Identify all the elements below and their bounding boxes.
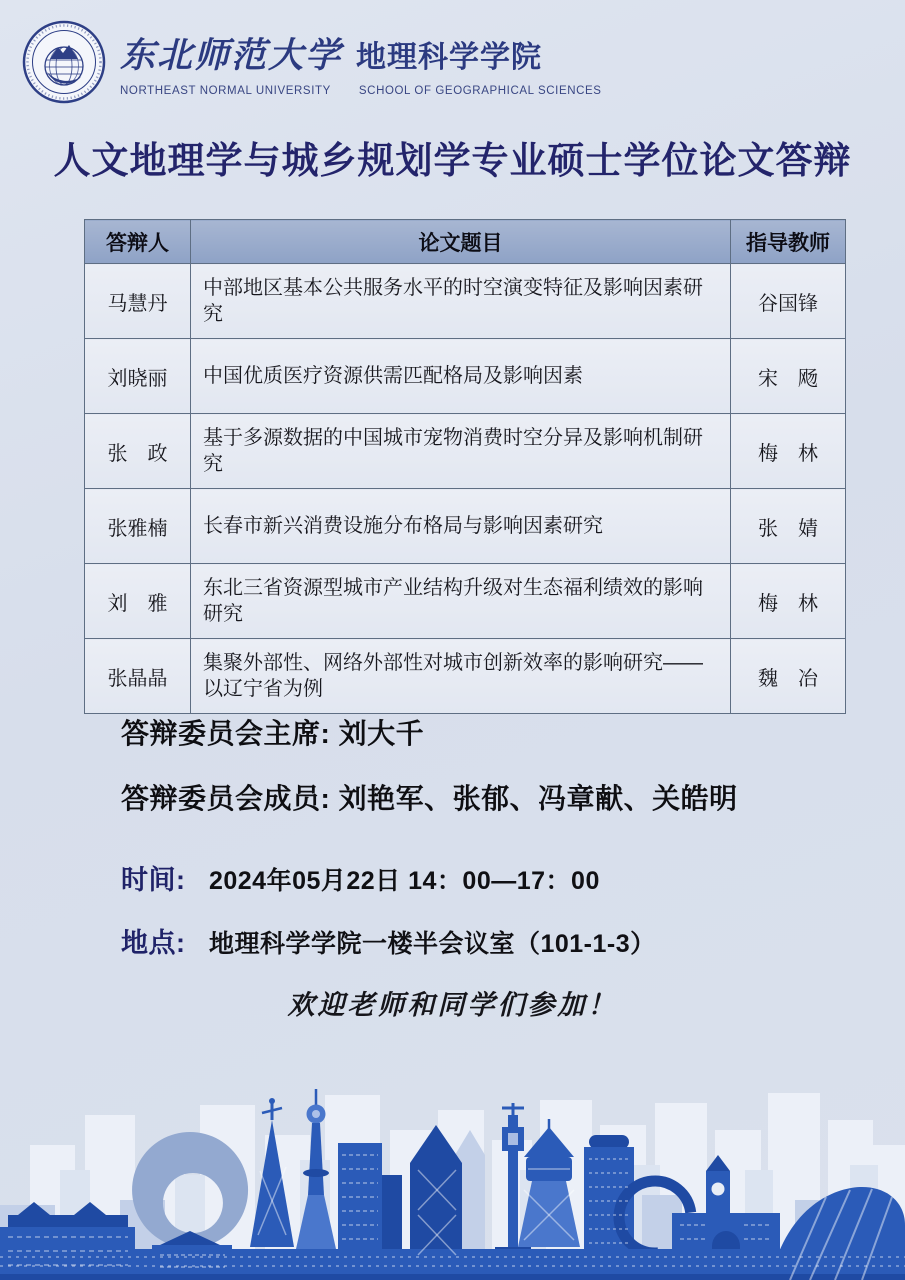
defender-cell: 张雅楠 [85,489,191,564]
defender-cell: 刘晓丽 [85,339,191,414]
defense-announcement-poster: 东北师范大学 地理科学学院 NORTHEAST NORMAL UNIVERSIT… [0,0,905,1280]
committee-members-label: 答辩委员会成员: [121,783,330,814]
column-header: 指导教师 [731,220,846,264]
school-name-cn: 地理科学学院 [356,32,542,76]
thesis-title-cell: 中部地区基本公共服务水平的时空演变特征及影响因素研究 [191,264,731,339]
defender-cell: 马慧丹 [85,264,191,339]
committee-members-line: 答辩委员会成员: 刘艳军、张郁、冯章献、关皓明 [121,777,738,817]
table-row: 马慧丹中部地区基本公共服务水平的时空演变特征及影响因素研究谷国锋 [85,264,846,339]
defender-cell: 张晶晶 [85,639,191,714]
university-name-cn: 东北师范大学 [120,28,342,78]
advisor-cell: 梅 林 [731,564,846,639]
column-header: 论文题目 [191,220,731,264]
time-line: 时间: 2024年05月22日 14：00—17：00 [121,858,656,897]
header-logo-row: 东北师范大学 地理科学学院 NORTHEAST NORMAL UNIVERSIT… [22,20,602,104]
time-value: 2024年05月22日 14：00—17：00 [209,867,600,895]
table-row: 张晶晶集聚外部性、网络外部性对城市创新效率的影响研究——以辽宁省为例魏 冶 [85,639,846,714]
committee-chair-name: 刘大千 [339,718,425,749]
university-seal-icon [22,20,106,104]
table-row: 刘 雅东北三省资源型城市产业结构升级对生态福利绩效的影响研究梅 林 [85,564,846,639]
defense-table: 答辩人论文题目指导教师 马慧丹中部地区基本公共服务水平的时空演变特征及影响因素研… [84,219,846,714]
thesis-title-cell: 集聚外部性、网络外部性对城市创新效率的影响研究——以辽宁省为例 [191,639,731,714]
committee-section: 答辩委员会主席: 刘大千 答辩委员会成员: 刘艳军、张郁、冯章献、关皓明 [121,712,738,842]
committee-members-names: 刘艳军、张郁、冯章献、关皓明 [339,783,738,814]
table-header-row: 答辩人论文题目指导教师 [85,220,846,264]
advisor-cell: 宋 飏 [731,339,846,414]
advisor-cell: 魏 冶 [731,639,846,714]
thesis-title-cell: 基于多源数据的中国城市宠物消费时空分异及影响机制研究 [191,414,731,489]
location-line: 地点: 地理科学学院一楼半会议室（101-1-3） [121,921,656,960]
welcome-message: 欢迎老师和同学们参加！ [0,983,905,1022]
table-row: 张 政基于多源数据的中国城市宠物消费时空分异及影响机制研究梅 林 [85,414,846,489]
defender-cell: 张 政 [85,414,191,489]
city-skyline-illustration [0,1075,905,1280]
time-label: 时间: [121,865,186,895]
advisor-cell: 谷国锋 [731,264,846,339]
table-row: 刘晓丽中国优质医疗资源供需匹配格局及影响因素宋 飏 [85,339,846,414]
committee-chair-label: 答辩委员会主席: [121,718,330,749]
page-title: 人文地理学与城乡规划学专业硕士学位论文答辩 [0,130,905,184]
table-row: 张雅楠长春市新兴消费设施分布格局与影响因素研究张 婧 [85,489,846,564]
location-value: 地理科学学院一楼半会议室（101-1-3） [209,930,656,958]
defender-cell: 刘 雅 [85,564,191,639]
university-name-en: NORTHEAST NORMAL UNIVERSITY [120,85,331,97]
institution-names: 东北师范大学 地理科学学院 NORTHEAST NORMAL UNIVERSIT… [120,28,602,97]
advisor-cell: 梅 林 [731,414,846,489]
column-header: 答辩人 [85,220,191,264]
thesis-title-cell: 中国优质医疗资源供需匹配格局及影响因素 [191,339,731,414]
school-name-en: SCHOOL OF GEOGRAPHICAL SCIENCES [359,85,602,97]
advisor-cell: 张 婧 [731,489,846,564]
defense-table-wrap: 答辩人论文题目指导教师 马慧丹中部地区基本公共服务水平的时空演变特征及影响因素研… [84,219,846,714]
schedule-section: 时间: 2024年05月22日 14：00—17：00 地点: 地理科学学院一楼… [121,858,656,984]
location-label: 地点: [121,928,186,958]
committee-chair-line: 答辩委员会主席: 刘大千 [121,712,738,752]
thesis-title-cell: 东北三省资源型城市产业结构升级对生态福利绩效的影响研究 [191,564,731,639]
thesis-title-cell: 长春市新兴消费设施分布格局与影响因素研究 [191,489,731,564]
